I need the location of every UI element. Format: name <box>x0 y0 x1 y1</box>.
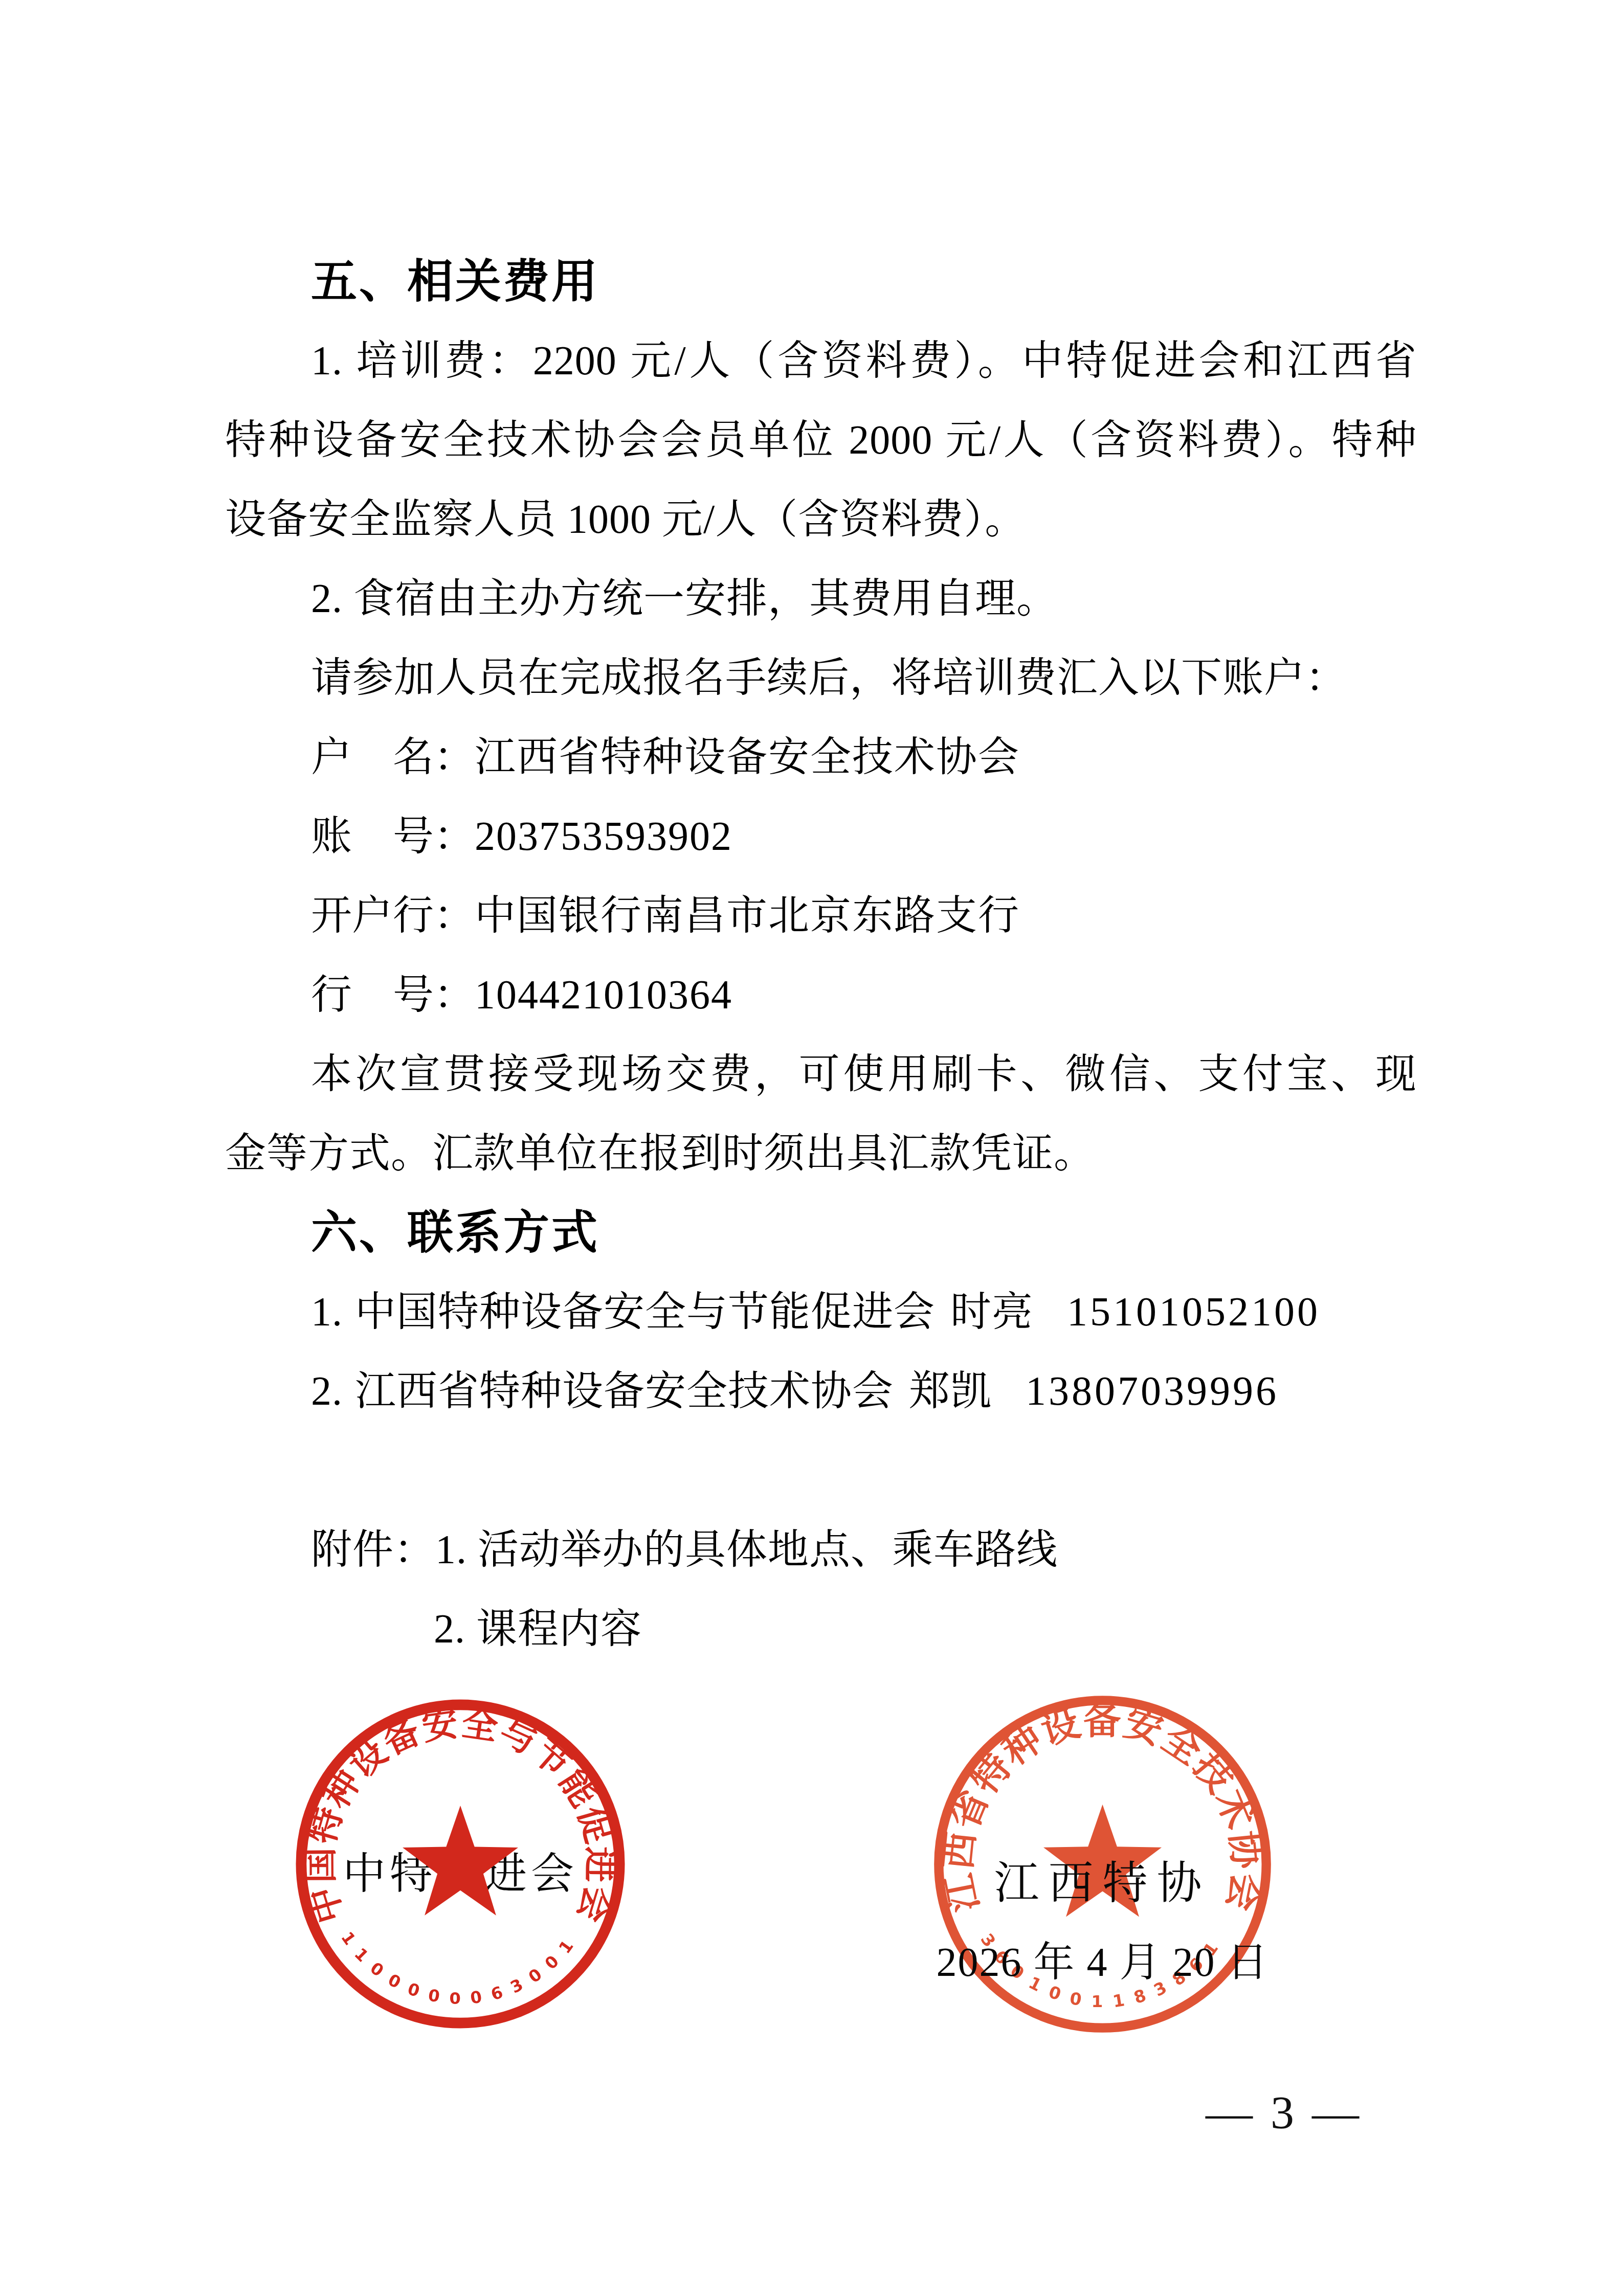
bank-no-label: 行 号： <box>311 973 475 1018</box>
contact-2-number: 2. <box>311 1369 343 1414</box>
page-number: — 3 — <box>1176 2085 1391 2140</box>
seal-right-overlay-text: 江西特协 <box>930 1847 1275 1911</box>
star-icon <box>292 1695 629 2033</box>
fees-line-1: 1. 培训费：2200 元/人（含资料费）。中特促进会和江西省 <box>225 322 1417 401</box>
contact-2-person: 郑凯 <box>909 1369 992 1414</box>
account-no-value: 203753593902 <box>475 814 732 859</box>
contact-line-1: 1.中国特种设备安全与节能促进会时亮15101052100 <box>225 1273 1417 1352</box>
bank-label: 开户行： <box>311 893 475 938</box>
document-body: 五、相关费用 1. 培训费：2200 元/人（含资料费）。中特促进会和江西省 特… <box>225 242 1417 1669</box>
remit-line: 请参加人员在完成报名手续后，将培训费汇入以下账户： <box>225 639 1417 718</box>
attachment-line-2: 2. 课程内容 <box>225 1590 1417 1669</box>
attachment-line-1: 附件：1. 活动举办的具体地点、乘车路线 <box>225 1511 1417 1590</box>
account-name-label: 户 名： <box>311 735 475 780</box>
contact-1-phone: 15101052100 <box>1067 1290 1320 1335</box>
payment-line-1: 本次宣贯接受现场交费，可使用刷卡、微信、支付宝、现 <box>225 1035 1417 1114</box>
section-6-heading: 六、联系方式 <box>225 1194 1417 1273</box>
contact-line-2: 2.江西省特种设备安全技术协会郑凯13807039996 <box>225 1352 1417 1431</box>
account-no-row: 账 号：203753593902 <box>225 797 1417 876</box>
document-page: 五、相关费用 1. 培训费：2200 元/人（含资料费）。中特促进会和江西省 特… <box>0 0 1624 2296</box>
document-date: 2026 年 4 月 20 日 <box>920 1929 1285 1988</box>
seal-left-star-layer <box>292 1695 629 2033</box>
contact-1-organization: 中国特种设备安全与节能促进会 <box>355 1290 935 1335</box>
payment-line-2: 金等方式。汇款单位在报到时须出具汇款凭证。 <box>225 1114 1417 1194</box>
board-line: 2. 食宿由主办方统一安排，其费用自理。 <box>225 559 1417 639</box>
account-no-label: 账 号： <box>311 814 475 859</box>
contact-1-number: 1. <box>311 1290 343 1335</box>
contact-2-organization: 江西省特种设备安全技术协会 <box>355 1369 894 1414</box>
bank-no-row: 行 号：104421010364 <box>225 956 1417 1035</box>
contact-1-person: 时亮 <box>950 1290 1033 1335</box>
bank-no-value: 104421010364 <box>475 973 732 1018</box>
bank-value: 中国银行南昌市北京东路支行 <box>475 893 1020 938</box>
section-5-heading: 五、相关费用 <box>225 242 1417 322</box>
bank-row: 开户行：中国银行南昌市北京东路支行 <box>225 876 1417 956</box>
fees-line-3: 设备安全监察人员 1000 元/人（含资料费）。 <box>225 480 1417 559</box>
fees-line-2: 特种设备安全技术协会会员单位 2000 元/人（含资料费）。特种 <box>225 401 1417 480</box>
contact-2-phone: 13807039996 <box>1026 1369 1279 1414</box>
account-name-row: 户 名：江西省特种设备安全技术协会 <box>225 718 1417 797</box>
seal-left-star <box>403 1806 518 1916</box>
account-name-value: 江西省特种设备安全技术协会 <box>475 735 1020 780</box>
blank-line <box>225 1431 1417 1511</box>
